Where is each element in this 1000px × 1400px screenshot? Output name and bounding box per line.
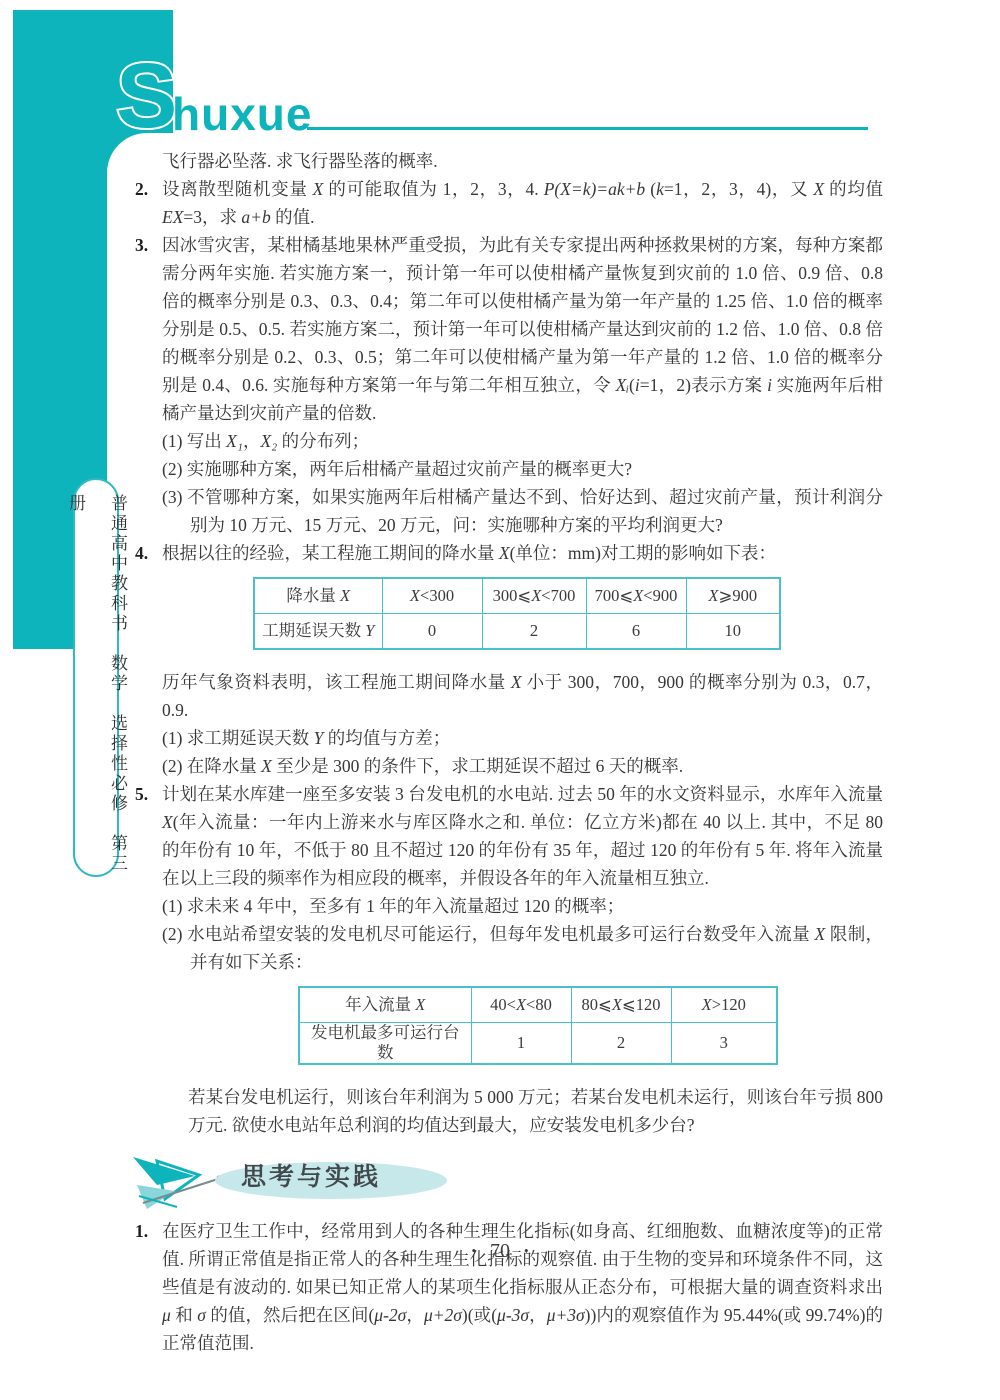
item-text: 设离散型随机变量 X 的可能取值为 1，2，3，4. P(X=k)=ak+b (…: [162, 179, 883, 227]
table-rainfall: 降水量 XX<300300⩽X<700700⩽X<900X⩾900工期延误天数 …: [253, 577, 781, 650]
table-cell: 2: [482, 614, 586, 650]
table-cell: X⩾900: [686, 578, 780, 614]
table-cell: 40<X<80: [471, 987, 571, 1023]
page-number: •70•: [0, 1240, 1000, 1263]
table-cell: 发电机最多可运行台数: [299, 1023, 471, 1065]
table-row: 年入流量 X40<X<8080⩽X⩽120X>120: [299, 987, 777, 1023]
item-text: 历年气象资料表明，该工程施工期间降水量 X 小于 300，700，900 的概率…: [162, 672, 883, 720]
item-text: 若某台发电机运行，则该台年利润为 5 000 万元；若某台发电机未运行，则该台年…: [188, 1087, 883, 1135]
text-block: (2) 实施哪种方案，两年后柑橘产量超过灾前产量的概率更大?: [135, 455, 883, 483]
text-block: (1) 求未来 4 年中，至多有 1 年的年入流量超过 120 的概率；: [135, 892, 883, 920]
book-spine-text: 普通高中教科书 数学 选择性必修 第三册: [54, 480, 138, 875]
problem-item: 4.根据以往的经验，某工程施工期间的降水量 X(单位：mm)对工期的影响如下表：: [135, 539, 883, 567]
problem-item: 3.因冰雪灾害，某柑橘基地果林严重受损，为此有关专家提出两种拯救果树的方案，每种…: [135, 231, 883, 427]
text-block: 若某台发电机运行，则该台年利润为 5 000 万元；若某台发电机未运行，则该台年…: [188, 1083, 883, 1139]
table-cell: X<300: [382, 578, 482, 614]
text-block: (2) 在降水量 X 至少是 300 的条件下，求工期延误不超过 6 天的概率.: [135, 752, 883, 780]
item-text: (1) 写出 X₁，X₂ 的分布列；: [162, 431, 369, 451]
table-row: 降水量 XX<300300⩽X<700700⩽X<900X⩾900: [254, 578, 780, 614]
page-number-value: 70: [490, 1240, 510, 1262]
text-block: 历年气象资料表明，该工程施工期间降水量 X 小于 300，700，900 的概率…: [135, 668, 883, 724]
table-cell: 80⩽X⩽120: [571, 987, 671, 1023]
item-text: (3) 不管哪种方案，如果实施两年后柑橘产量达不到、恰好达到、超过灾前产量，预计…: [162, 487, 883, 535]
text-block: (1) 求工期延误天数 Y 的均值与方差；: [135, 724, 883, 752]
table-cell: 3: [671, 1023, 777, 1065]
problem-item: 5.计划在某水库建一座至多安装 3 台发电机的水电站. 过去 50 年的水文资料…: [135, 780, 883, 892]
table-cell: 300⩽X<700: [482, 578, 586, 614]
page-number-bullet-right: •: [510, 1243, 543, 1258]
item-text: (2) 实施哪种方案，两年后柑橘产量超过灾前产量的概率更大?: [162, 459, 632, 479]
practice-section: 1.在医疗卫生工作中，经常用到人的各种生理生化指标(如身高、红细胞数、血糖浓度等…: [135, 1217, 883, 1357]
text-block: (2) 水电站希望安装的发电机尽可能运行，但每年发电机最多可运行台数受年入流量 …: [135, 920, 883, 976]
item-number: 5.: [135, 780, 160, 808]
item-number: 3.: [135, 231, 160, 259]
table-cell: 700⩽X<900: [586, 578, 686, 614]
item-text: 飞行器必坠落. 求飞行器坠落的概率.: [162, 151, 438, 171]
table-cell: 6: [586, 614, 686, 650]
item-text: (2) 水电站希望安装的发电机尽可能运行，但每年发电机最多可运行台数受年入流量 …: [162, 924, 883, 972]
table-cell: 10: [686, 614, 780, 650]
page-number-bullet-left: •: [457, 1243, 490, 1258]
table-flow: 年入流量 X40<X<8080⩽X⩽120X>120发电机最多可运行台数123: [298, 986, 778, 1065]
table-cell: X>120: [671, 987, 777, 1023]
item-text: 因冰雪灾害，某柑橘基地果林严重受损，为此有关专家提出两种拯救果树的方案，每种方案…: [162, 235, 883, 423]
problem-item: 2.设离散型随机变量 X 的可能取值为 1，2，3，4. P(X=k)=ak+b…: [135, 175, 883, 231]
table-cell: 降水量 X: [254, 578, 382, 614]
table-cell: 1: [471, 1023, 571, 1065]
table-row: 发电机最多可运行台数123: [299, 1023, 777, 1065]
table-cell: 0: [382, 614, 482, 650]
exercise-section: 飞行器必坠落. 求飞行器坠落的概率.2.设离散型随机变量 X 的可能取值为 1，…: [135, 147, 883, 1139]
item-text: (1) 求工期延误天数 Y 的均值与方差；: [162, 728, 450, 748]
problem-item: 1.在医疗卫生工作中，经常用到人的各种生理生化指标(如身高、红细胞数、血糖浓度等…: [135, 1217, 883, 1357]
text-block: (1) 写出 X₁，X₂ 的分布列；: [135, 427, 883, 455]
table-cell: 2: [571, 1023, 671, 1065]
text-block: (3) 不管哪种方案，如果实施两年后柑橘产量达不到、恰好达到、超过灾前产量，预计…: [135, 483, 883, 539]
item-text: (1) 求未来 4 年中，至多有 1 年的年入流量超过 120 的概率；: [162, 896, 624, 916]
table-cell: 工期延误天数 Y: [254, 614, 382, 650]
item-text: 计划在某水库建一座至多安装 3 台发电机的水电站. 过去 50 年的水文资料显示…: [162, 784, 883, 888]
item-text: (2) 在降水量 X 至少是 300 的条件下，求工期延误不超过 6 天的概率.: [162, 756, 683, 776]
logo-text: huxue: [172, 91, 312, 137]
think-practice-banner: 思考与实践: [123, 1149, 883, 1215]
item-number: 2.: [135, 175, 160, 203]
book-spine-pill: 普通高中教科书 数学 选择性必修 第三册: [73, 478, 119, 877]
item-text: 根据以往的经验，某工程施工期间的降水量 X(单位：mm)对工期的影响如下表：: [162, 543, 776, 563]
table-row: 工期延误天数 Y02610: [254, 614, 780, 650]
page-content: 飞行器必坠落. 求飞行器坠落的概率.2.设离散型随机变量 X 的可能取值为 1，…: [135, 147, 883, 1357]
header-rule: [307, 127, 868, 130]
textbook-page: S huxue 普通高中教科书 数学 选择性必修 第三册 飞行器必坠落. 求飞行…: [0, 0, 1000, 1400]
logo-letter-s: S: [116, 50, 177, 142]
item-number: 4.: [135, 539, 160, 567]
banner-title: 思考与实践: [241, 1163, 381, 1191]
text-block: 飞行器必坠落. 求飞行器坠落的概率.: [135, 147, 883, 175]
table-cell: 年入流量 X: [299, 987, 471, 1023]
